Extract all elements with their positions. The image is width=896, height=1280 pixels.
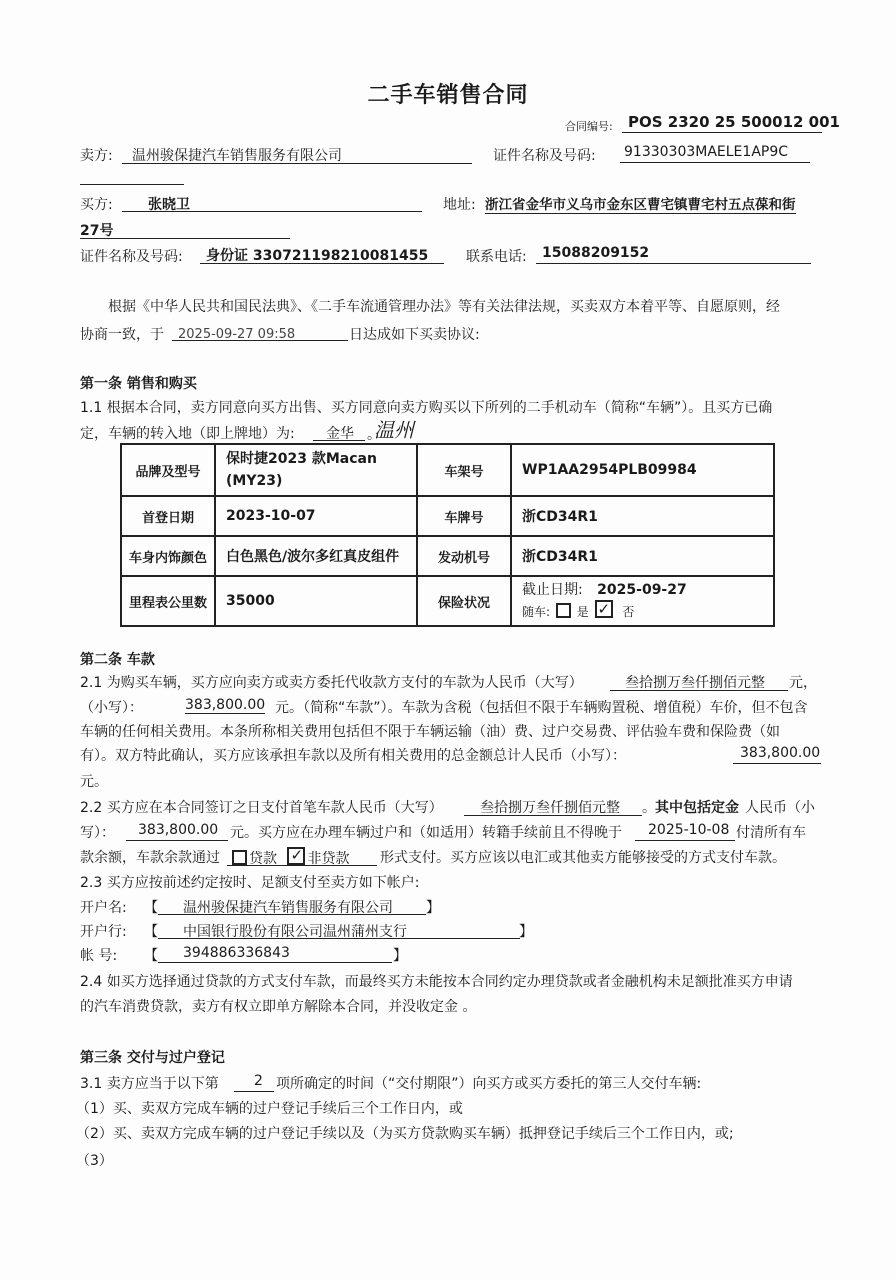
buyer-address-line1: 浙江省金华市义乌市金东区曹宅镇曹宅村五点葆和街 [485, 193, 796, 214]
delivery-option-2: （2）买、卖双方完成车辆的过户登记手续以及（为买方贷款购买车辆）抵押登记手续后三… [76, 1123, 734, 1143]
account-name-label: 开户名: [80, 897, 127, 917]
account-number-underline [158, 962, 392, 963]
buyer-label: 买方: [80, 194, 113, 214]
article3-heading: 第三条 交付与过户登记 [80, 1047, 225, 1067]
contract-page: 二手车销售合同 合同编号: POS 2320 25 500012 001 卖方:… [0, 0, 896, 1280]
account-bank-underline [158, 938, 520, 939]
buyer-address-underline [80, 238, 290, 239]
plate-value: 浙CD34R1 [511, 496, 774, 536]
buyer-phone-underline [536, 263, 811, 264]
account-number: 394886336843 [183, 945, 290, 961]
seller-label: 卖方: [80, 145, 113, 165]
with-car-yes-label: 是 [577, 605, 589, 619]
seller-name: 温州骏保捷汽车销售服务有限公司 [132, 145, 342, 165]
buyer-address-label: 地址: [443, 194, 476, 214]
p22-e: 元。买方应在办理车辆过户和（如适用）转籍手续前且不得晚于 [230, 822, 622, 842]
loan-checkbox[interactable] [232, 850, 247, 865]
vehicle-info-table: 品牌及型号 保时捷2023 款Macan (MY23) 车架号 WP1AA295… [120, 443, 775, 627]
p24-line1: 2.4 如买方选择通过贷款的方式支付车款，而最终买方未能按本合同约定办理贷款或者… [80, 971, 793, 991]
seller-name-underline [122, 163, 472, 164]
table-row: 首登日期 2023-10-07 车牌号 浙CD34R1 [121, 496, 774, 536]
bracket-close: 】 [426, 897, 440, 917]
with-car-no-checkbox[interactable] [595, 600, 613, 618]
contract-no-label: 合同编号: [565, 118, 613, 134]
nonloan-checkbox[interactable] [287, 847, 305, 865]
color-label: 车身内饰颜色 [121, 536, 215, 576]
delivery-option-1: （1）买、卖双方完成车辆的过户登记手续后三个工作日内，或 [76, 1098, 463, 1118]
p22-h: 形式支付。买方应该以电汇或其他卖方能够接受的方式支付车款。 [380, 847, 786, 867]
p22-d: 写）： [80, 822, 115, 842]
insurance-cell: 截止日期: 2025-09-27 随车: 是 否 [511, 576, 774, 626]
total-num: 383,800.00 [740, 745, 820, 761]
account-name-underline [158, 914, 426, 915]
with-car-no-label: 否 [622, 605, 634, 619]
delivery-item-underline [234, 1091, 274, 1092]
p21-c: （小写）： [80, 697, 143, 717]
p21-a: 2.1 为购买车辆，买方应向卖方或卖方委托代收款方支付的车款为人民币（大写） [80, 672, 583, 692]
article1-heading: 第一条 销售和购买 [80, 373, 197, 393]
engine-label: 发动机号 [417, 536, 511, 576]
buyer-id-value: 身份证 330721198210081455 [206, 245, 428, 265]
handwritten-correction: 温州 [374, 414, 414, 443]
insurance-expiry-label: 截止日期: [522, 582, 583, 598]
contract-no-underline [622, 132, 822, 133]
table-row: 品牌及型号 保时捷2023 款Macan (MY23) 车架号 WP1AA295… [121, 444, 774, 496]
contract-no: POS 2320 25 500012 001 [628, 113, 840, 131]
first-reg-label: 首登日期 [121, 496, 215, 536]
p21-f: 有）。双方特此确认，买方应该承担车款以及所有相关费用的总金额总计人民币（小写）： [80, 745, 626, 765]
p21-d: 元。（简称“车款”）。车款为含税（包括但不限于车辆购置税、增值税）车价，但不包含 [275, 697, 808, 717]
p31-b: 项所确定的时间（“交付期限”）向买方或买方委托的第三人交付车辆: [276, 1073, 701, 1093]
table-row: 车身内饰颜色 白色黑色/波尔多红真皮组件 发动机号 浙CD34R1 [121, 536, 774, 576]
vin-value: WP1AA2954PLB09984 [511, 444, 774, 496]
p22-bold: 其中包括定金 [655, 797, 739, 817]
amount-words: 叁拾捌万叁仟捌佰元整 [625, 672, 765, 692]
p22-b: 。 [642, 797, 656, 817]
deposit-underline [126, 840, 228, 841]
buyer-phone: 15088209152 [542, 245, 649, 261]
p21-g: 元。 [80, 771, 108, 791]
brand-label: 品牌及型号 [121, 444, 215, 496]
p22-f: 付清所有车 [736, 822, 806, 842]
p24-line2: 的汽车消费贷款，卖方有权立即单方解除本合同，并没收定金 。 [80, 996, 476, 1016]
seller-id-label: 证件名称及号码: [493, 145, 596, 165]
p22-a: 2.2 买方应在本合同签订之日支付首笔车款人民币（大写） [80, 797, 443, 817]
bracket-open: 【 [144, 897, 158, 917]
insurance-label: 保险状况 [417, 576, 511, 626]
destination-underline [313, 440, 365, 441]
buyer-id-underline [200, 263, 444, 264]
bracket-close: 】 [519, 921, 533, 941]
seller-id-underline [620, 162, 810, 163]
article1-p1-line1: 1.1 根据本合同，卖方同意向买方出售、买方同意向卖方购买以下所列的二手机动车（… [80, 397, 772, 417]
p22-g: 款余额，车款余款通过 [80, 847, 220, 867]
p31-a: 3.1 卖方应当于以下第 [80, 1073, 219, 1093]
account-number-label: 帐 号: [80, 945, 117, 965]
buyer-id-label: 证件名称及号码: [80, 246, 183, 266]
seller-id-value: 91330303MAELE1AP9C [624, 144, 788, 160]
bracket-open: 【 [144, 945, 158, 965]
with-car-yes-checkbox[interactable] [556, 603, 571, 618]
account-bank-label: 开户行: [80, 921, 127, 941]
with-car-label: 随车: [522, 605, 550, 619]
total-num-underline [733, 763, 821, 764]
delivery-item-no: 2 [254, 1073, 263, 1089]
deadline-date: 2025-10-08 [648, 822, 729, 838]
deposit-num: 383,800.00 [138, 822, 218, 838]
buyer-phone-label: 联系电话: [466, 246, 527, 266]
agreement-date-underline [172, 340, 348, 341]
first-reg-value: 2023-10-07 [215, 496, 417, 536]
article1-p1-line2: 定，车辆的转入地（即上牌地）为: [80, 423, 295, 443]
color-value: 白色黑色/波尔多红真皮组件 [215, 536, 417, 576]
insurance-expiry: 2025-09-27 [597, 582, 687, 598]
bracket-close: 】 [393, 945, 407, 965]
preamble-line1: 根据《中华人民共和国民法典》、《二手车流通管理办法》等有关法律法规，买卖双方本着… [108, 296, 780, 316]
plate-label: 车牌号 [417, 496, 511, 536]
mileage-value: 35000 [215, 576, 417, 626]
buyer-address-line2: 27号 [80, 220, 113, 240]
mileage-label: 里程表公里数 [121, 576, 215, 626]
amount-words-underline [610, 690, 788, 691]
seller-id-underline-cont [80, 184, 184, 185]
vin-label: 车架号 [417, 444, 511, 496]
first-payment-words: 叁拾捌万叁仟捌佰元整 [480, 797, 620, 817]
buyer-name-underline [122, 211, 422, 212]
table-row: 里程表公里数 35000 保险状况 截止日期: 2025-09-27 随车: 是… [121, 576, 774, 626]
deadline-underline [635, 840, 735, 841]
engine-value: 浙CD34R1 [511, 536, 774, 576]
amount-num: 383,800.00 [185, 697, 265, 714]
brand-value: 保时捷2023 款Macan (MY23) [215, 444, 417, 496]
preamble-suffix: 日达成如下买卖协议: [349, 324, 480, 344]
first-payment-underline [464, 815, 642, 816]
payment-method-underline [227, 865, 377, 866]
p22-c: 人民币（小 [745, 797, 815, 817]
bracket-open: 【 [144, 921, 158, 941]
preamble-prefix: 协商一致，于 [80, 324, 164, 344]
p21-e: 车辆的任何相关费用。本条所称相关费用包括但不限于车辆运输（油）费、过户交易费、评… [80, 721, 780, 741]
p23: 2.3 买方应按前述约定按时、足额支付至卖方如下帐户: [80, 872, 419, 892]
document-title: 二手车销售合同 [0, 78, 896, 109]
p21-b: 元， [789, 672, 817, 692]
delivery-option-3: （3） [76, 1150, 113, 1170]
article2-heading: 第二条 车款 [80, 649, 155, 669]
